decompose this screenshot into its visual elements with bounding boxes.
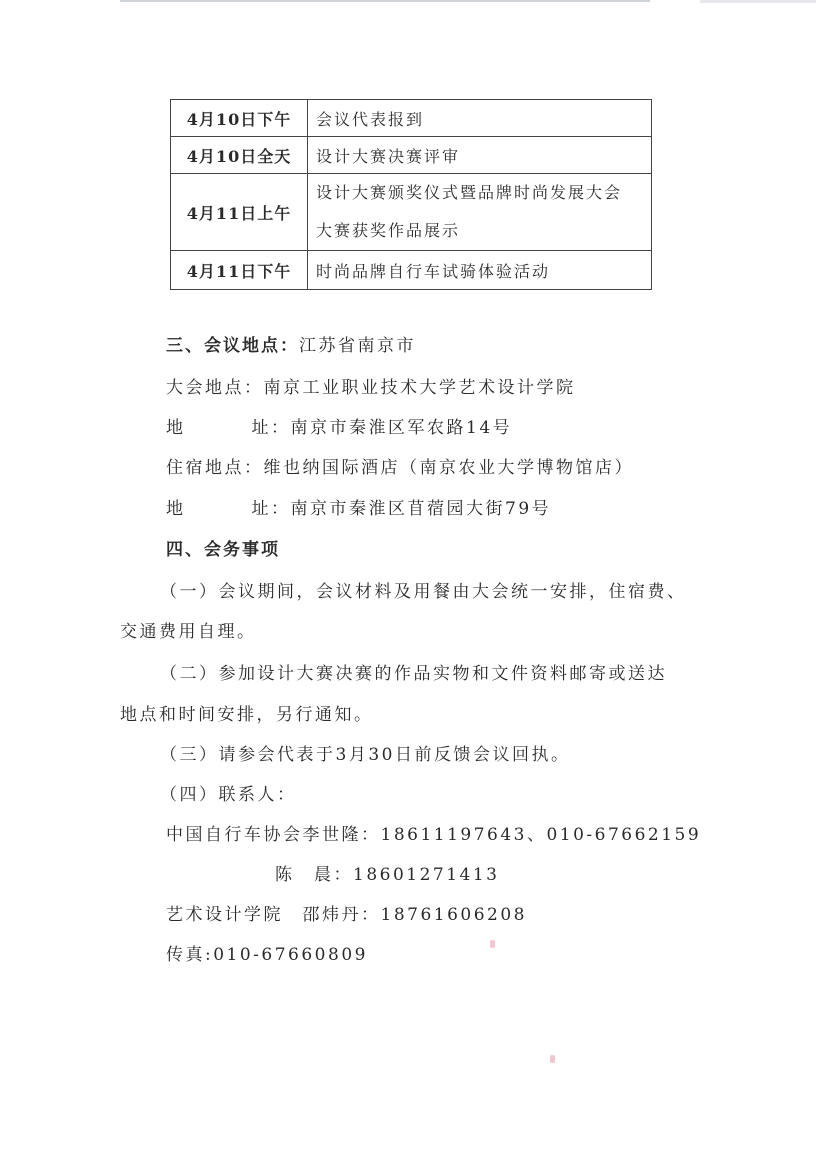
schedule-date: 4月11日下午	[171, 251, 308, 290]
section-heading: 三、会议地点：	[166, 336, 299, 356]
venue-address: 南京市秦淮区军农路14号	[291, 418, 513, 438]
contact-3: 艺术设计学院 邵炜丹：18761606208	[166, 900, 527, 925]
venue-label: 大会地点：	[166, 378, 264, 398]
venue-line: 大会地点：南京工业职业技术大学艺术设计学院	[166, 373, 576, 398]
contact-2: 陈 晨：18601271413	[275, 860, 499, 885]
address-label: 地	[166, 418, 186, 438]
address-label: 址：	[252, 418, 291, 438]
scan-edge	[120, 0, 650, 2]
section3-heading-line: 三、会议地点：江苏省南京市	[166, 331, 416, 356]
table-row: 4月11日上午 设计大赛颁奖仪式暨品牌时尚发展大会 大赛获奖作品展示	[171, 174, 652, 251]
lodging-address-line: 地址：南京市秦淮区苜蓿园大街79号	[166, 494, 551, 519]
table-row: 4月11日下午 时尚品牌自行车试骑体验活动	[171, 251, 652, 290]
venue-value: 南京工业职业技术大学艺术设计学院	[264, 378, 576, 398]
scan-edge	[700, 0, 816, 3]
address-label: 地	[166, 499, 186, 519]
schedule-activity: 设计大赛决赛评审	[308, 137, 652, 174]
address-label: 址：	[252, 499, 291, 519]
schedule-activity: 时尚品牌自行车试骑体验活动	[308, 251, 652, 290]
item4: （四）联系人：	[160, 780, 297, 805]
schedule-activity-cell: 设计大赛颁奖仪式暨品牌时尚发展大会 大赛获奖作品展示	[308, 174, 652, 251]
lodging-line: 住宿地点：维也纳国际酒店（南京农业大学博物馆店）	[166, 453, 634, 478]
schedule-date: 4月10日全天	[171, 137, 308, 174]
ink-speck	[490, 940, 495, 948]
ink-speck	[550, 1055, 555, 1063]
schedule-table: 4月10日下午 会议代表报到 4月10日全天 设计大赛决赛评审 4月11日上午 …	[170, 99, 652, 290]
item3: （三）请参会代表于3月30日前反馈会议回执。	[160, 740, 570, 765]
lodging-value: 维也纳国际酒店（南京农业大学博物馆店）	[264, 458, 635, 478]
schedule-activity: 会议代表报到	[308, 100, 652, 137]
table-row: 4月10日下午 会议代表报到	[171, 100, 652, 137]
schedule-activity: 大赛获奖作品展示	[316, 212, 643, 250]
item1-line1: （一）会议期间，会议材料及用餐由大会统一安排，住宿费、	[160, 577, 687, 602]
contact-1: 中国自行车协会李世隆：18611197643、010-67662159	[166, 820, 701, 845]
section-heading: 四、会务事项	[166, 535, 280, 560]
schedule-date: 4月10日下午	[171, 100, 308, 137]
item2-line1: （二）参加设计大赛决赛的作品实物和文件资料邮寄或送达	[160, 659, 667, 684]
schedule-activity: 设计大赛颁奖仪式暨品牌时尚发展大会	[316, 174, 643, 212]
item1-line2: 交通费用自理。	[120, 617, 257, 642]
item2-line2: 地点和时间安排，另行通知。	[120, 700, 374, 725]
lodging-label: 住宿地点：	[166, 458, 264, 478]
meeting-city: 江苏省南京市	[299, 336, 416, 356]
table-row: 4月10日全天 设计大赛决赛评审	[171, 137, 652, 174]
venue-address-line: 地址：南京市秦淮区军农路14号	[166, 413, 512, 438]
lodging-address: 南京市秦淮区苜蓿园大街79号	[291, 499, 552, 519]
schedule-date: 4月11日上午	[171, 174, 308, 251]
fax: 传真:010-67660809	[166, 940, 368, 965]
